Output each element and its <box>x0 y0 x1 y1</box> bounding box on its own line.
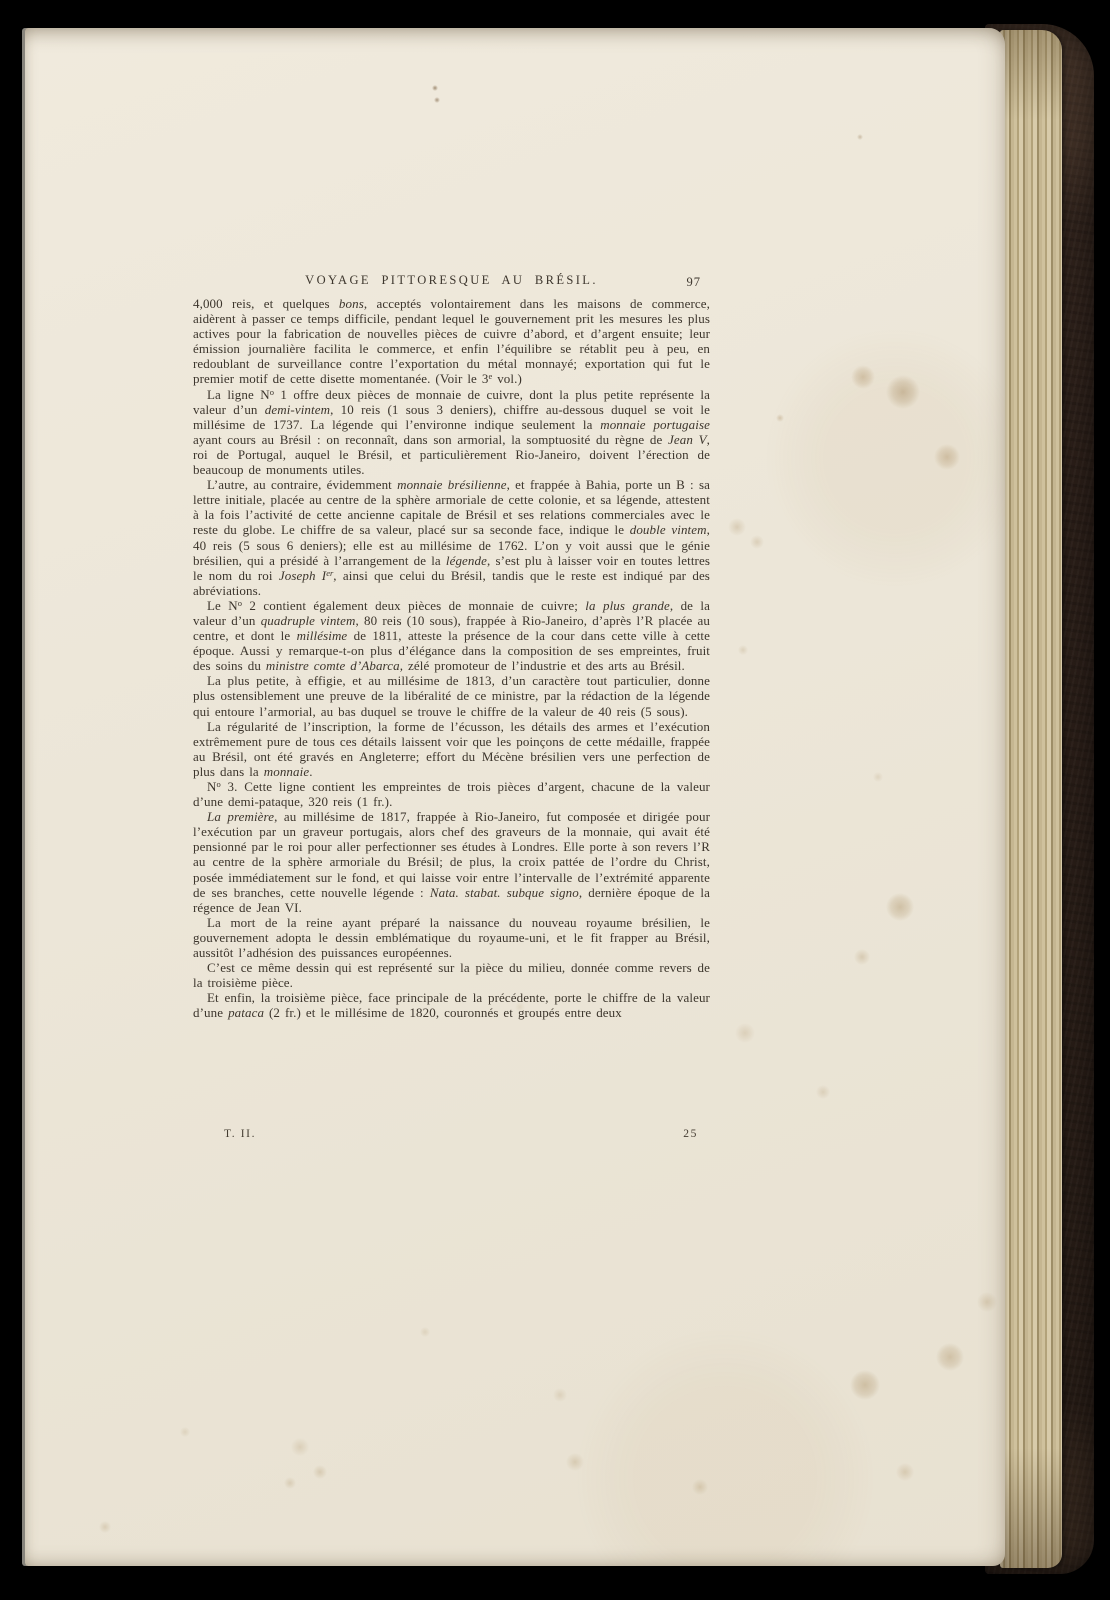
page-footer: T. II. 25 <box>193 1128 710 1140</box>
text-body: 4,000 reis, et quelques bons, acceptés v… <box>193 296 710 1021</box>
page-edge-stack <box>1000 30 1062 1568</box>
footer-volume: T. II. <box>224 1128 256 1140</box>
paragraph: La ligne No 1 offre deux pièces de monna… <box>193 387 710 478</box>
book-scan: VOYAGE PITTORESQUE AU BRÉSIL. 97 4,000 r… <box>0 0 1110 1600</box>
paragraph: L’autre, au contraire, évidemment monnai… <box>193 477 710 598</box>
book-page: VOYAGE PITTORESQUE AU BRÉSIL. 97 4,000 r… <box>25 28 1005 1566</box>
paragraph: La première, au millésime de 1817, frapp… <box>193 809 710 915</box>
running-title: VOYAGE PITTORESQUE AU BRÉSIL. <box>305 273 598 287</box>
paragraph: La mort de la reine ayant préparé la nai… <box>193 915 710 960</box>
paragraph: Et enfin, la troisième pièce, face princ… <box>193 990 710 1020</box>
running-head: VOYAGE PITTORESQUE AU BRÉSIL. 97 <box>193 273 710 291</box>
footer-signature: 25 <box>683 1128 698 1140</box>
paragraph: La régularité de l’inscription, la forme… <box>193 719 710 779</box>
paragraph: 4,000 reis, et quelques bons, acceptés v… <box>193 296 710 387</box>
paragraph: Le No 2 contient également deux pièces d… <box>193 598 710 673</box>
page-number: 97 <box>687 275 702 290</box>
paragraph: La plus petite, à effigie, et au millési… <box>193 673 710 718</box>
paragraph: No 3. Cette ligne contient les empreinte… <box>193 779 710 809</box>
text-column: VOYAGE PITTORESQUE AU BRÉSIL. 97 4,000 r… <box>193 273 710 1021</box>
paragraph: C’est ce même dessin qui est représenté … <box>193 960 710 990</box>
